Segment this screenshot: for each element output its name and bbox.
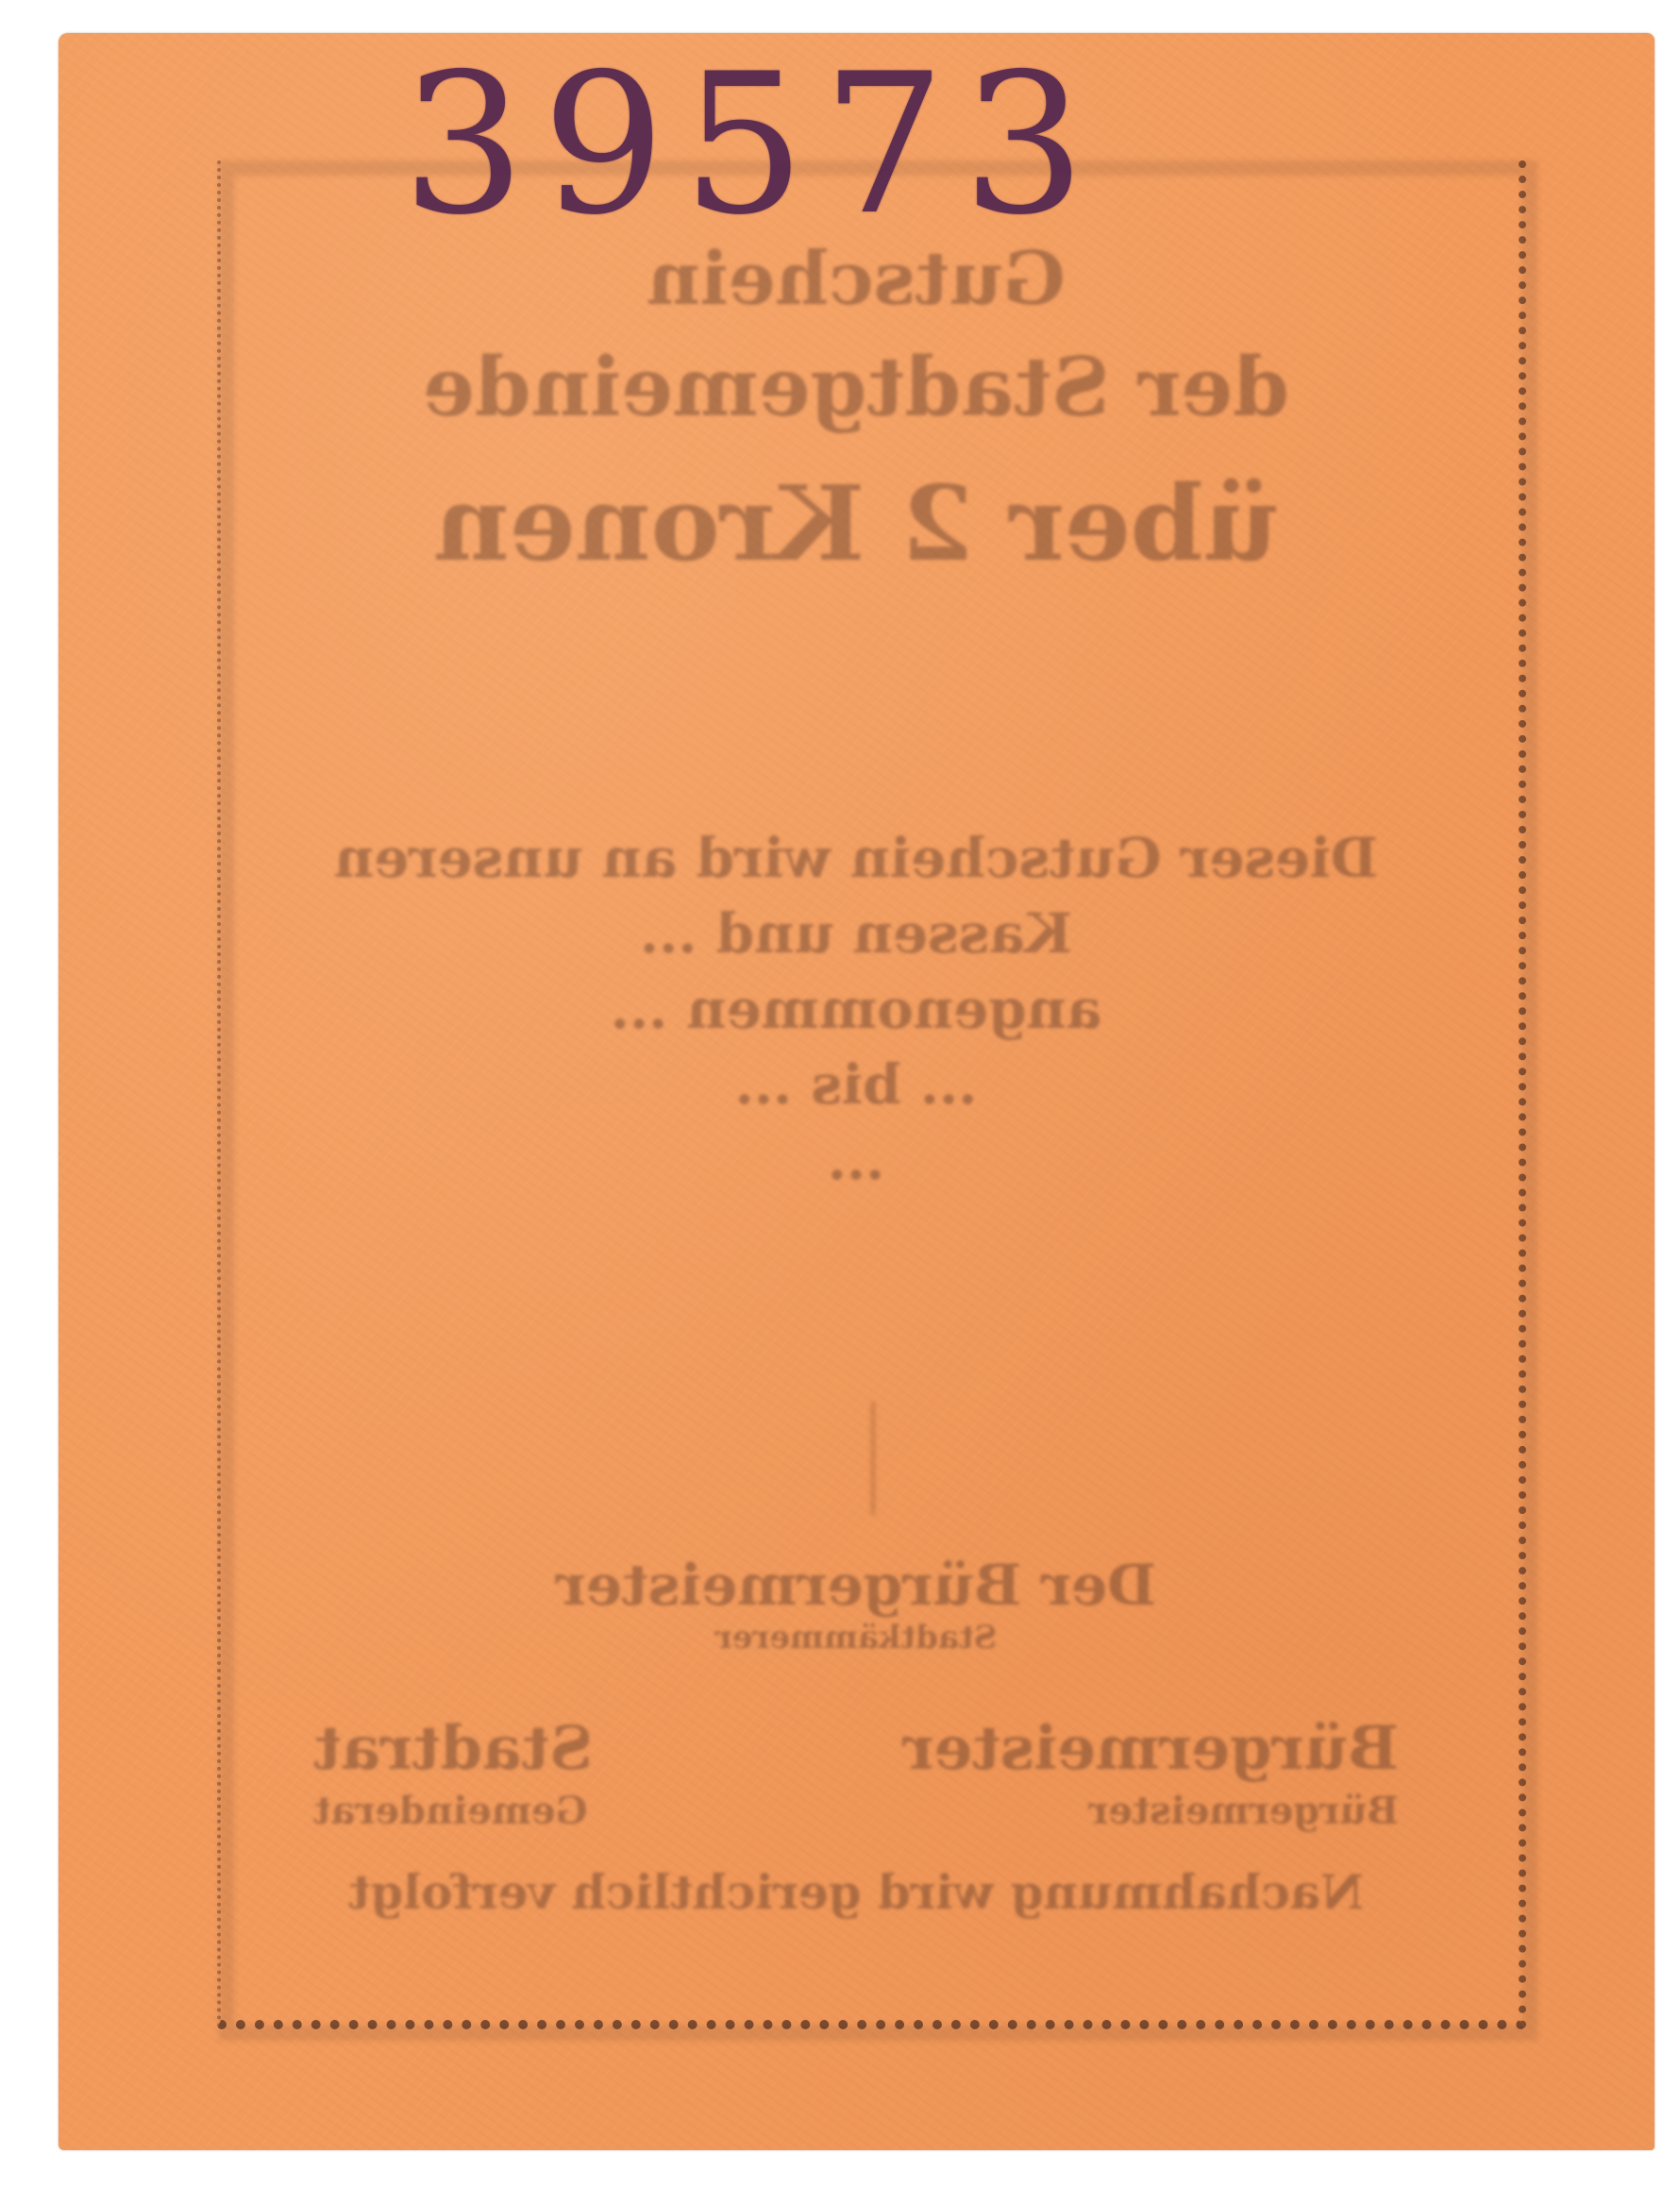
heading-line-3: über 2 Kronen bbox=[247, 462, 1465, 670]
show-through-heading: Gutschein der Stadtgemeinde über 2 Krone… bbox=[247, 236, 1465, 670]
signature-role-left: Bürgermeister bbox=[1088, 1789, 1399, 1864]
body-line: angenommen ... bbox=[247, 977, 1465, 1052]
serial-number: 39573 bbox=[328, 33, 1177, 258]
footer-warning: Nachahmung wird gerichtlich verfolgt bbox=[247, 1864, 1465, 1930]
banknote-paper: 39573 Gutschein der Stadtgemeinde über 2… bbox=[59, 33, 1655, 2150]
signature-left: Bürgermeister bbox=[902, 1713, 1399, 1789]
body-line: Kassen und ... bbox=[247, 901, 1465, 977]
signature-title: Der Bürgermeister bbox=[247, 1553, 1465, 1619]
heading-line-2: der Stadtgemeinde bbox=[247, 340, 1465, 462]
show-through-signatures: Der Bürgermeister Stadtkämmerer Bürgerme… bbox=[247, 1553, 1465, 1930]
signature-subtitle: Stadtkämmerer bbox=[247, 1619, 1465, 1713]
signature-role-right: Gemeinderat bbox=[313, 1789, 588, 1864]
body-line: ... bbox=[247, 1128, 1465, 1203]
body-line: ... bis ... bbox=[247, 1052, 1465, 1128]
heading-line-1: Gutschein bbox=[247, 236, 1465, 340]
body-line: Dieser Gutschein wird an unseren bbox=[247, 826, 1465, 901]
center-ornament bbox=[870, 1402, 914, 1515]
show-through-body: Dieser Gutschein wird an unseren Kassen … bbox=[247, 826, 1465, 1203]
signature-right: Stadtrat bbox=[313, 1713, 593, 1789]
